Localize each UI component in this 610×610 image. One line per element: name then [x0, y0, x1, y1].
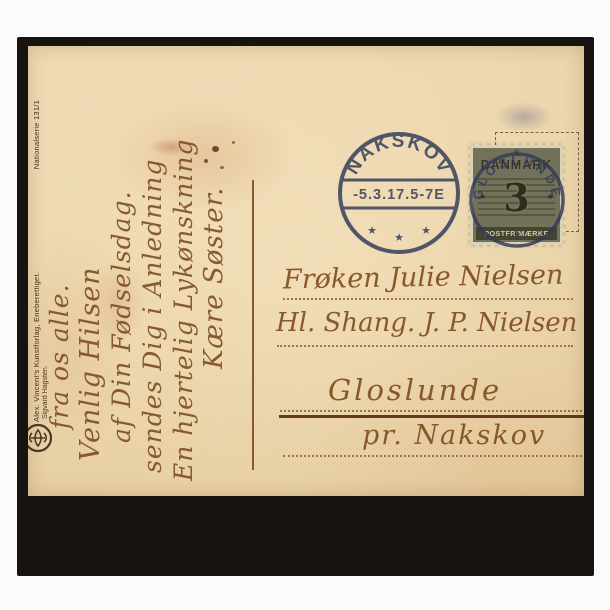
- cancel-star-icon: ★: [513, 230, 522, 241]
- address-line-2: Hl. Shang. J. P. Nielsen: [276, 308, 577, 338]
- address-rule: [283, 298, 573, 300]
- message-line: sendes Dig i Anledning: [137, 141, 168, 487]
- address-line-4: pr. Nakskov: [362, 420, 546, 451]
- ink-smudge: [496, 102, 552, 132]
- scanned-postcard-page: Alex. Vincent's Kunstforlag, Eneberettig…: [0, 0, 610, 610]
- postmark-star-icon: ★: [367, 225, 377, 237]
- message-line: Kære Søster.: [199, 141, 230, 487]
- postcard: Alex. Vincent's Kunstforlag, Eneberettig…: [28, 46, 584, 496]
- gloslunde-underline: [279, 415, 584, 418]
- message-line: fra os alle.: [44, 141, 75, 487]
- postmark-date: -5.3.17.5-7E: [353, 187, 445, 203]
- nakskov-postmark: NAKSKOV -5.3.17.5-7E ★ ★ ★: [334, 128, 464, 258]
- message-line: Venlig Hilsen: [75, 141, 106, 487]
- address-rule: [283, 455, 584, 457]
- ink-speck: [232, 141, 235, 144]
- gloslunde-cancel: GLOSLUNDE ★: [467, 150, 567, 250]
- address-line-3: Gloslunde: [328, 373, 502, 407]
- postmark-star-icon: ★: [421, 225, 431, 237]
- postmark-town: NAKSKOV: [342, 131, 456, 178]
- message-line: En hjertelig Lykønskning: [168, 141, 199, 487]
- divider-line: [252, 180, 254, 470]
- postmark-star-icon: ★: [394, 232, 404, 244]
- publisher-imprint: Alex. Vincent's Kunstforlag, Eneberettig…: [30, 100, 42, 422]
- message-handwriting: Kære Søster. En hjertelig Lykønskning se…: [44, 141, 230, 487]
- publisher-name: Alex. Vincent's Kunstforlag, Eneberettig…: [32, 272, 41, 422]
- message-line: af Din Fødselsdag.: [106, 141, 137, 487]
- cancel-town: GLOSLUNDE: [471, 154, 564, 201]
- address-line-1: Frøken Julie Nielsen: [283, 260, 564, 296]
- address-rule: [280, 410, 584, 412]
- series-number: Nationalserie 131/1: [32, 100, 41, 169]
- address-rule: [277, 345, 573, 347]
